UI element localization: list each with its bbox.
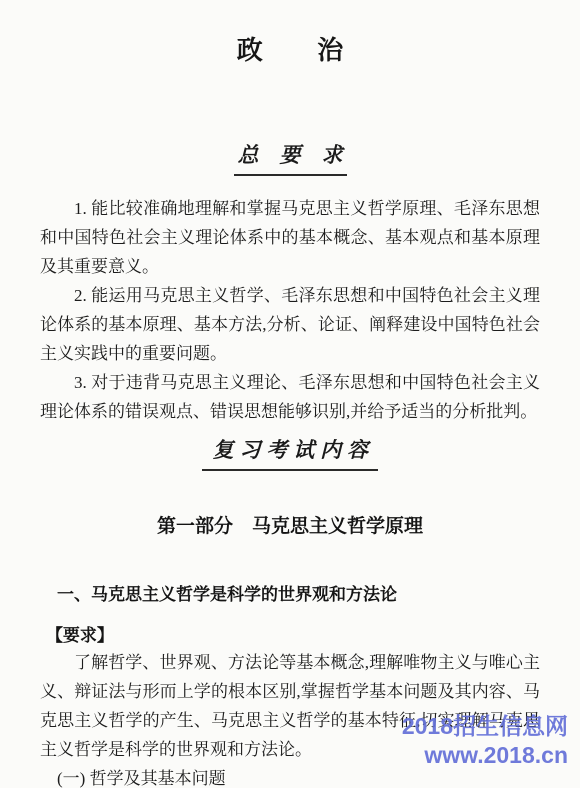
general-requirements-heading-text: 总 要 求 bbox=[234, 139, 347, 176]
watermark-site-name: 2018招生信息网 bbox=[402, 712, 568, 741]
page-title-text: 政治 bbox=[182, 35, 398, 65]
review-content-heading-text: 复习考试内容 bbox=[202, 434, 378, 471]
page-title: 政治 bbox=[40, 30, 540, 67]
review-content-heading: 复习考试内容 bbox=[40, 434, 540, 471]
document-page: 政治 总 要 求 1. 能比较准确地理解和掌握马克思主义哲学原理、毛泽东思想和中… bbox=[0, 0, 580, 788]
part-one-heading: 第一部分 马克思主义哲学原理 bbox=[40, 511, 540, 538]
section-one-heading: 一、马克思主义哲学是科学的世界观和方法论 bbox=[40, 580, 540, 605]
watermark-site-url: www.2018.cn bbox=[402, 741, 568, 770]
requirement-item-2: 2. 能运用马克思主义哲学、毛泽东思想和中国特色社会主义理论体系的基本原理、基本… bbox=[40, 281, 540, 368]
general-requirements-heading: 总 要 求 bbox=[40, 139, 540, 176]
requirement-item-3: 3. 对于违背马克思主义理论、毛泽东思想和中国特色社会主义理论体系的错误观点、错… bbox=[40, 368, 540, 426]
site-watermark: 2018招生信息网 www.2018.cn bbox=[402, 712, 568, 770]
general-requirements-list: 1. 能比较准确地理解和掌握马克思主义哲学原理、毛泽东思想和中国特色社会主义理论… bbox=[40, 194, 540, 426]
requirement-label: 【要求】 bbox=[40, 621, 540, 646]
requirement-item-1: 1. 能比较准确地理解和掌握马克思主义哲学原理、毛泽东思想和中国特色社会主义理论… bbox=[40, 194, 540, 281]
